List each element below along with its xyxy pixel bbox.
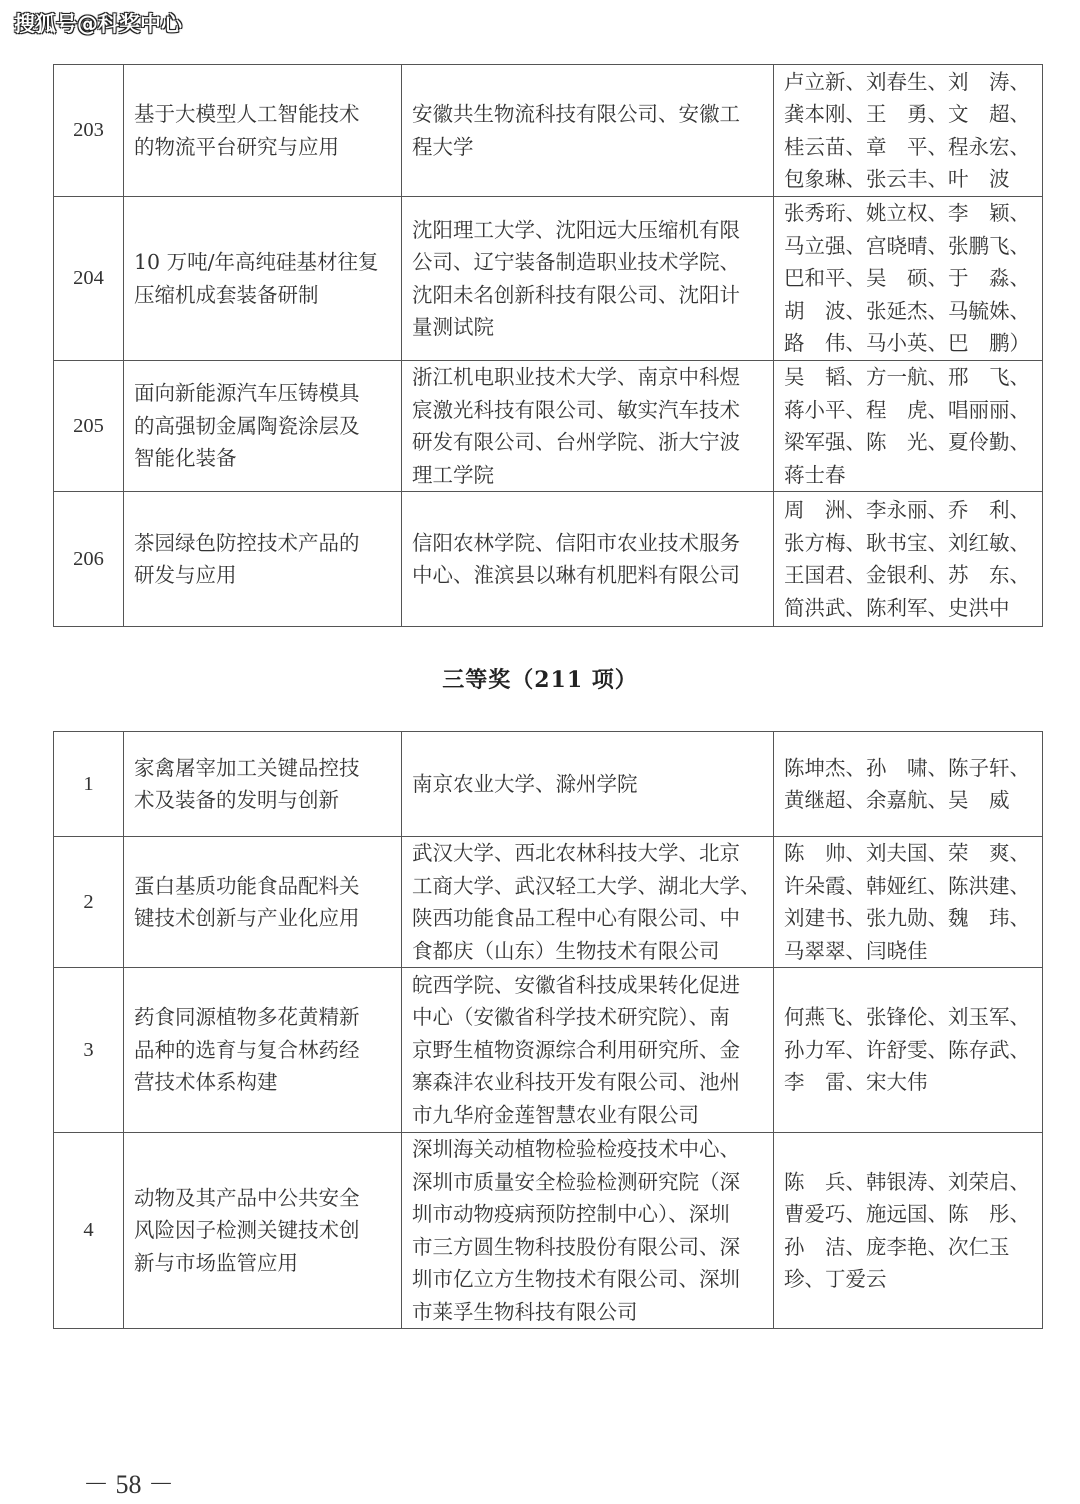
cell-people-line: 许朵霞、韩娅红、陈洪建、 (784, 870, 1032, 903)
cell-people-line: 马翠翠、闫晓佳 (784, 935, 1032, 968)
cell-people-line: 蒋士春 (784, 459, 1032, 492)
cell-organizations-line: 食都庆（山东）生物技术有限公司 (412, 935, 763, 968)
cell-people-line: 胡 波、张延杰、马毓姝、 (784, 295, 1032, 328)
awards-table-second-prize: 203基于大模型人工智能技术的物流平台研究与应用安徽共生物流科技有限公司、安徽工… (53, 64, 1043, 627)
cell-organizations-line: 研发有限公司、台州学院、浙大宁波 (412, 426, 763, 459)
cell-organizations: 皖西学院、安徽省科技成果转化促进中心（安徽省科学技术研究院）、南京野生植物资源综… (402, 968, 774, 1133)
cell-organizations-line: 皖西学院、安徽省科技成果转化促进 (412, 969, 763, 1002)
cell-project-line: 的高强韧金属陶瓷涂层及 (134, 410, 391, 443)
cell-people: 何燕飞、张锋伦、刘玉军、孙力军、许舒雯、陈存武、李 雷、宋大伟 (774, 968, 1043, 1133)
cell-organizations: 浙江机电职业技术大学、南京中科煜宸激光科技有限公司、敏实汽车技术研发有限公司、台… (402, 361, 774, 492)
cell-organizations-line: 中心、淮滨县以琳有机肥料有限公司 (412, 559, 763, 592)
cell-project-line: 术及装备的发明与创新 (134, 784, 391, 817)
cell-project: 家禽屠宰加工关键品控技术及装备的发明与创新 (124, 732, 402, 837)
awards-table-third-prize: 1家禽屠宰加工关键品控技术及装备的发明与创新南京农业大学、滁州学院陈坤杰、孙 啸… (53, 731, 1043, 1329)
cell-organizations-line: 市九华府金莲智慧农业有限公司 (412, 1099, 763, 1132)
cell-project-line: 研发与应用 (134, 559, 391, 592)
table-row: 20410 万吨/年高纯硅基材往复压缩机成套装备研制沈阳理工大学、沈阳远大压缩机… (54, 197, 1043, 361)
cell-project: 基于大模型人工智能技术的物流平台研究与应用 (124, 65, 402, 197)
cell-project: 蛋白基质功能食品配料关键技术创新与产业化应用 (124, 837, 402, 968)
cell-project: 动物及其产品中公共安全风险因子检测关键技术创新与市场监管应用 (124, 1133, 402, 1329)
cell-people-line: 张秀珩、姚立权、李 颖、 (784, 197, 1032, 230)
cell-people-line: 卢立新、刘春生、刘 涛、 (784, 66, 1032, 99)
cell-organizations-line: 沈阳理工大学、沈阳远大压缩机有限 (412, 214, 763, 247)
cell-organizations-line: 深圳市质量安全检验检测研究院（深 (412, 1166, 763, 1199)
cell-organizations-line: 沈阳未名创新科技有限公司、沈阳计 (412, 279, 763, 312)
cell-people-line: 包象琳、张云丰、叶 波 (784, 163, 1032, 196)
cell-organizations: 安徽共生物流科技有限公司、安徽工程大学 (402, 65, 774, 197)
cell-organizations: 武汉大学、西北农林科技大学、北京工商大学、武汉轻工大学、湖北大学、陕西功能食品工… (402, 837, 774, 968)
cell-people-line: 路 伟、马小英、巴 鹏） (784, 327, 1032, 360)
cell-people-line: 孙力军、许舒雯、陈存武、 (784, 1034, 1032, 1067)
table-row: 205面向新能源汽车压铸模具的高强韧金属陶瓷涂层及智能化装备浙江机电职业技术大学… (54, 361, 1043, 492)
cell-organizations-line: 京野生植物资源综合利用研究所、金 (412, 1034, 763, 1067)
table-row: 203基于大模型人工智能技术的物流平台研究与应用安徽共生物流科技有限公司、安徽工… (54, 65, 1043, 197)
cell-people-line: 黄继超、余嘉航、吴 威 (784, 784, 1032, 817)
cell-people-line: 梁军强、陈 光、夏伶勤、 (784, 426, 1032, 459)
cell-people: 张秀珩、姚立权、李 颖、马立强、宫晓晴、张鹏飞、巴和平、吴 硕、于 淼、胡 波、… (774, 197, 1043, 361)
cell-number: 4 (54, 1133, 124, 1329)
cell-project: 10 万吨/年高纯硅基材往复压缩机成套装备研制 (124, 197, 402, 361)
cell-people: 陈 帅、刘夫国、荣 爽、许朵霞、韩娅红、陈洪建、刘建书、张九勋、魏 玮、马翠翠、… (774, 837, 1043, 968)
cell-organizations-line: 程大学 (412, 131, 763, 164)
watermark: 搜狐号@科奖中心 (14, 8, 182, 38)
cell-organizations-line: 理工学院 (412, 459, 763, 492)
cell-number: 2 (54, 837, 124, 968)
cell-organizations: 沈阳理工大学、沈阳远大压缩机有限公司、辽宁装备制造职业技术学院、沈阳未名创新科技… (402, 197, 774, 361)
cell-people-line: 陈 兵、韩银涛、刘荣启、 (784, 1166, 1032, 1199)
cell-project-line: 面向新能源汽车压铸模具 (134, 377, 391, 410)
cell-people-line: 孙 洁、庞李艳、次仁玉 (784, 1231, 1032, 1264)
cell-project-line: 智能化装备 (134, 442, 391, 475)
cell-people: 周 洲、李永丽、乔 利、张方梅、耿书宝、刘红敏、王国君、金银利、苏 东、简洪武、… (774, 492, 1043, 627)
cell-project-line: 品种的选育与复合林药经 (134, 1034, 391, 1067)
cell-project: 茶园绿色防控技术产品的研发与应用 (124, 492, 402, 627)
cell-number: 203 (54, 65, 124, 197)
cell-people-line: 龚本刚、王 勇、文 超、 (784, 98, 1032, 131)
cell-people-line: 珍、丁爱云 (784, 1263, 1032, 1296)
cell-project-line: 基于大模型人工智能技术 (134, 98, 391, 131)
cell-number: 1 (54, 732, 124, 837)
cell-project-line: 键技术创新与产业化应用 (134, 902, 391, 935)
cell-project-line: 药食同源植物多花黄精新 (134, 1001, 391, 1034)
cell-people-line: 陈坤杰、孙 啸、陈子轩、 (784, 752, 1032, 785)
cell-project-line: 蛋白基质功能食品配料关 (134, 870, 391, 903)
cell-people-line: 马立强、宫晓晴、张鹏飞、 (784, 230, 1032, 263)
cell-people-line: 简洪武、陈利军、史洪中 (784, 592, 1032, 625)
cell-people: 卢立新、刘春生、刘 涛、龚本刚、王 勇、文 超、桂云苗、章 平、程永宏、包象琳、… (774, 65, 1043, 197)
cell-project: 药食同源植物多花黄精新品种的选育与复合林药经营技术体系构建 (124, 968, 402, 1133)
cell-organizations-line: 陕西功能食品工程中心有限公司、中 (412, 902, 763, 935)
cell-organizations-line: 深圳海关动植物检验检疫技术中心、 (412, 1133, 763, 1166)
cell-project-line: 风险因子检测关键技术创 (134, 1214, 391, 1247)
cell-organizations-line: 浙江机电职业技术大学、南京中科煜 (412, 361, 763, 394)
cell-organizations-line: 市莱孚生物科技有限公司 (412, 1296, 763, 1329)
cell-number: 206 (54, 492, 124, 627)
table-row: 206茶园绿色防控技术产品的研发与应用信阳农林学院、信阳市农业技术服务中心、淮滨… (54, 492, 1043, 627)
cell-people-line: 王国君、金银利、苏 东、 (784, 559, 1032, 592)
cell-people: 吴 韬、方一航、邢 飞、蒋小平、程 虎、唱丽丽、梁军强、陈 光、夏伶勤、蒋士春 (774, 361, 1043, 492)
cell-people-line: 吴 韬、方一航、邢 飞、 (784, 361, 1032, 394)
cell-project-line: 压缩机成套装备研制 (134, 279, 391, 312)
cell-organizations: 深圳海关动植物检验检疫技术中心、深圳市质量安全检验检测研究院（深圳市动物疫病预防… (402, 1133, 774, 1329)
cell-project-line: 茶园绿色防控技术产品的 (134, 527, 391, 560)
cell-organizations-line: 武汉大学、西北农林科技大学、北京 (412, 837, 763, 870)
cell-project-line: 营技术体系构建 (134, 1066, 391, 1099)
cell-number: 205 (54, 361, 124, 492)
cell-people-line: 曹爱巧、施远国、陈 彤、 (784, 1198, 1032, 1231)
cell-organizations-line: 圳市亿立方生物技术有限公司、深圳 (412, 1263, 763, 1296)
cell-people: 陈坤杰、孙 啸、陈子轩、黄继超、余嘉航、吴 威 (774, 732, 1043, 837)
cell-people-line: 桂云苗、章 平、程永宏、 (784, 131, 1032, 164)
cell-number: 204 (54, 197, 124, 361)
cell-people-line: 陈 帅、刘夫国、荣 爽、 (784, 837, 1032, 870)
table-row: 2蛋白基质功能食品配料关键技术创新与产业化应用武汉大学、西北农林科技大学、北京工… (54, 837, 1043, 968)
cell-people-line: 周 洲、李永丽、乔 利、 (784, 494, 1032, 527)
cell-number: 3 (54, 968, 124, 1133)
cell-people-line: 何燕飞、张锋伦、刘玉军、 (784, 1001, 1032, 1034)
cell-organizations-line: 宸激光科技有限公司、敏实汽车技术 (412, 394, 763, 427)
cell-organizations-line: 工商大学、武汉轻工大学、湖北大学、 (412, 870, 763, 903)
cell-project-line: 新与市场监管应用 (134, 1247, 391, 1280)
table-row: 4动物及其产品中公共安全风险因子检测关键技术创新与市场监管应用深圳海关动植物检验… (54, 1133, 1043, 1329)
cell-organizations-line: 市三方圆生物科技股份有限公司、深 (412, 1231, 763, 1264)
page-number: － 58 － (83, 1464, 174, 1501)
cell-organizations: 南京农业大学、滁州学院 (402, 732, 774, 837)
cell-people-line: 张方梅、耿书宝、刘红敏、 (784, 527, 1032, 560)
cell-organizations-line: 南京农业大学、滁州学院 (412, 768, 763, 801)
cell-project-line: 的物流平台研究与应用 (134, 131, 391, 164)
cell-project-line: 家禽屠宰加工关键品控技 (134, 752, 391, 785)
cell-organizations: 信阳农林学院、信阳市农业技术服务中心、淮滨县以琳有机肥料有限公司 (402, 492, 774, 627)
cell-organizations-line: 寨森沣农业科技开发有限公司、池州 (412, 1066, 763, 1099)
cell-people: 陈 兵、韩银涛、刘荣启、曹爱巧、施远国、陈 彤、孙 洁、庞李艳、次仁玉珍、丁爱云 (774, 1133, 1043, 1329)
cell-people-line: 巴和平、吴 硕、于 淼、 (784, 262, 1032, 295)
cell-organizations-line: 安徽共生物流科技有限公司、安徽工 (412, 98, 763, 131)
cell-project-line: 动物及其产品中公共安全 (134, 1182, 391, 1215)
table-row: 3药食同源植物多花黄精新品种的选育与复合林药经营技术体系构建皖西学院、安徽省科技… (54, 968, 1043, 1133)
table-row: 1家禽屠宰加工关键品控技术及装备的发明与创新南京农业大学、滁州学院陈坤杰、孙 啸… (54, 732, 1043, 837)
cell-people-line: 蒋小平、程 虎、唱丽丽、 (784, 394, 1032, 427)
cell-organizations-line: 信阳农林学院、信阳市农业技术服务 (412, 527, 763, 560)
cell-organizations-line: 量测试院 (412, 311, 763, 344)
section-heading-third-prize: 三等奖（211 项） (0, 663, 1080, 694)
cell-organizations-line: 中心（安徽省科学技术研究院）、南 (412, 1001, 763, 1034)
cell-project-line: 10 万吨/年高纯硅基材往复 (134, 246, 391, 279)
cell-project: 面向新能源汽车压铸模具的高强韧金属陶瓷涂层及智能化装备 (124, 361, 402, 492)
cell-people-line: 刘建书、张九勋、魏 玮、 (784, 902, 1032, 935)
cell-organizations-line: 圳市动物疫病预防控制中心）、深圳 (412, 1198, 763, 1231)
cell-organizations-line: 公司、辽宁装备制造职业技术学院、 (412, 246, 763, 279)
cell-people-line: 李 雷、宋大伟 (784, 1066, 1032, 1099)
